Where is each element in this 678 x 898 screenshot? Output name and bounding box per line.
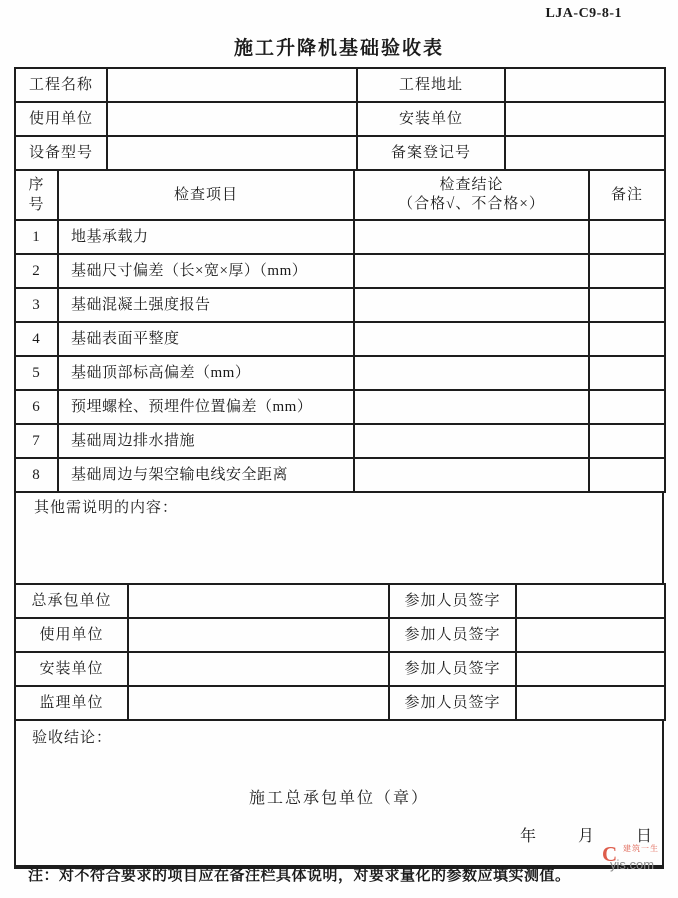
remark-cell bbox=[589, 322, 665, 356]
seq-cell: 7 bbox=[15, 424, 58, 458]
item-cell: 基础尺寸偏差（长×宽×厚）（mm） bbox=[58, 254, 354, 288]
project-name-value-cell bbox=[107, 68, 357, 102]
info-row-project: 工程名称 工程地址 bbox=[15, 68, 665, 102]
conclusion-column-header: 检查结论 （合格√、不合格×） bbox=[354, 170, 589, 220]
seq-column-header: 序号 bbox=[15, 170, 58, 220]
conclusion-cell-block: 验收结论： 施工总承包单位（章） 年 月 日 bbox=[15, 720, 663, 867]
item-cell: 地基承载力 bbox=[58, 220, 354, 254]
signature-row-general-contractor: 总承包单位 参加人员签字 bbox=[15, 584, 665, 618]
checklist-row-7: 7 基础周边排水措施 bbox=[15, 424, 665, 458]
participant-signature-cell bbox=[516, 686, 665, 720]
general-contractor-value-cell bbox=[128, 584, 389, 618]
checklist-row-4: 4 基础表面平整度 bbox=[15, 322, 665, 356]
project-address-label: 工程地址 bbox=[357, 68, 505, 102]
conclusion-cell bbox=[354, 254, 589, 288]
conclusion-row: 验收结论： 施工总承包单位（章） 年 月 日 bbox=[15, 720, 663, 867]
info-row-equipment: 设备型号 备案登记号 bbox=[15, 136, 665, 170]
item-cell: 基础周边与架空输电线安全距离 bbox=[58, 458, 354, 492]
other-notes-table: 其他需说明的内容： bbox=[14, 491, 664, 585]
registration-number-label: 备案登记号 bbox=[357, 136, 505, 170]
checklist-row-2: 2 基础尺寸偏差（长×宽×厚）（mm） bbox=[15, 254, 665, 288]
conclusion-table: 验收结论： 施工总承包单位（章） 年 月 日 bbox=[14, 719, 664, 869]
registration-number-value-cell bbox=[505, 136, 665, 170]
participant-signature-label: 参加人员签字 bbox=[389, 618, 516, 652]
item-cell: 基础周边排水措施 bbox=[58, 424, 354, 458]
signature-row-install-unit: 安装单位 参加人员签字 bbox=[15, 652, 665, 686]
using-unit-value-cell bbox=[107, 102, 357, 136]
item-cell: 基础混凝土强度报告 bbox=[58, 288, 354, 322]
item-cell: 基础表面平整度 bbox=[58, 322, 354, 356]
date-line: 年 月 日 bbox=[482, 827, 652, 847]
remark-cell bbox=[589, 220, 665, 254]
seq-cell: 3 bbox=[15, 288, 58, 322]
seq-cell: 5 bbox=[15, 356, 58, 390]
participant-signature-label: 参加人员签字 bbox=[389, 652, 516, 686]
participant-signature-cell bbox=[516, 584, 665, 618]
participant-signature-cell bbox=[516, 652, 665, 686]
project-address-value-cell bbox=[505, 68, 665, 102]
page-title: 施工升降机基础验收表 bbox=[0, 33, 678, 60]
remark-cell bbox=[589, 458, 665, 492]
other-notes-cell: 其他需说明的内容： bbox=[15, 492, 663, 584]
checklist-row-6: 6 预埋螺栓、预埋件位置偏差（mm） bbox=[15, 390, 665, 424]
info-row-units: 使用单位 安装单位 bbox=[15, 102, 665, 136]
signature-row-using-unit: 使用单位 参加人员签字 bbox=[15, 618, 665, 652]
install-unit-sig-label: 安装单位 bbox=[15, 652, 128, 686]
participant-signature-label: 参加人员签字 bbox=[389, 686, 516, 720]
remark-cell bbox=[589, 424, 665, 458]
seq-cell: 1 bbox=[15, 220, 58, 254]
date-day-label: 日 bbox=[636, 828, 652, 845]
seq-cell: 2 bbox=[15, 254, 58, 288]
conclusion-cell bbox=[354, 220, 589, 254]
acceptance-form-table: 工程名称 工程地址 使用单位 安装单位 设备型号 备案登记号 序号 bbox=[14, 67, 664, 869]
participant-signature-cell bbox=[516, 618, 665, 652]
form-code: LJA-C9-8-1 bbox=[545, 6, 622, 22]
project-info-table: 工程名称 工程地址 使用单位 安装单位 设备型号 备案登记号 bbox=[14, 67, 666, 171]
participant-signature-label: 参加人员签字 bbox=[389, 584, 516, 618]
checklist-table: 序号 检查项目 检查结论 （合格√、不合格×） 备注 1 地基承载力 2 基础尺… bbox=[14, 169, 666, 493]
conclusion-label: 验收结论： bbox=[32, 729, 112, 748]
using-unit-sig-value-cell bbox=[128, 618, 389, 652]
equipment-model-label: 设备型号 bbox=[15, 136, 107, 170]
item-cell: 预埋螺栓、预埋件位置偏差（mm） bbox=[58, 390, 354, 424]
remark-cell bbox=[589, 390, 665, 424]
conclusion-cell bbox=[354, 356, 589, 390]
signature-row-supervision-unit: 监理单位 参加人员签字 bbox=[15, 686, 665, 720]
remark-cell bbox=[589, 254, 665, 288]
remark-cell bbox=[589, 288, 665, 322]
scanned-form-page: LJA-C9-8-1 施工升降机基础验收表 工程名称 工程地址 使用单位 安装单… bbox=[0, 0, 678, 898]
signatures-table: 总承包单位 参加人员签字 使用单位 参加人员签字 安装单位 参加人员签字 监理单… bbox=[14, 583, 666, 721]
remark-column-header: 备注 bbox=[589, 170, 665, 220]
other-notes-label: 其他需说明的内容： bbox=[16, 493, 662, 518]
checklist-row-1: 1 地基承载力 bbox=[15, 220, 665, 254]
install-unit-label: 安装单位 bbox=[357, 102, 505, 136]
footnote: 注：对不符合要求的项目应在备注栏具体说明，对要求量化的参数应填实测值。 bbox=[28, 864, 571, 885]
equipment-model-value-cell bbox=[107, 136, 357, 170]
supervision-unit-sig-label: 监理单位 bbox=[15, 686, 128, 720]
conclusion-cell bbox=[354, 390, 589, 424]
item-cell: 基础顶部标高偏差（mm） bbox=[58, 356, 354, 390]
checklist-row-3: 3 基础混凝土强度报告 bbox=[15, 288, 665, 322]
conclusion-cell bbox=[354, 322, 589, 356]
remark-cell bbox=[589, 356, 665, 390]
conclusion-cell bbox=[354, 424, 589, 458]
project-name-label: 工程名称 bbox=[15, 68, 107, 102]
conclusion-cell bbox=[354, 458, 589, 492]
install-unit-value-cell bbox=[505, 102, 665, 136]
contractor-stamp-line: 施工总承包单位（章） bbox=[16, 789, 662, 809]
using-unit-label: 使用单位 bbox=[15, 102, 107, 136]
seq-cell: 4 bbox=[15, 322, 58, 356]
checklist-row-8: 8 基础周边与架空输电线安全距离 bbox=[15, 458, 665, 492]
conclusion-header-line2: （合格√、不合格×） bbox=[355, 195, 588, 214]
item-column-header: 检查项目 bbox=[58, 170, 354, 220]
supervision-unit-sig-value-cell bbox=[128, 686, 389, 720]
checklist-row-5: 5 基础顶部标高偏差（mm） bbox=[15, 356, 665, 390]
using-unit-sig-label: 使用单位 bbox=[15, 618, 128, 652]
other-notes-row: 其他需说明的内容： bbox=[15, 492, 663, 584]
seq-cell: 8 bbox=[15, 458, 58, 492]
install-unit-sig-value-cell bbox=[128, 652, 389, 686]
conclusion-header-line1: 检查结论 bbox=[355, 176, 588, 195]
date-month-label: 月 bbox=[578, 828, 594, 845]
conclusion-cell bbox=[354, 288, 589, 322]
date-year-label: 年 bbox=[520, 828, 536, 845]
general-contractor-label: 总承包单位 bbox=[15, 584, 128, 618]
checklist-header-row: 序号 检查项目 检查结论 （合格√、不合格×） 备注 bbox=[15, 170, 665, 220]
seq-cell: 6 bbox=[15, 390, 58, 424]
